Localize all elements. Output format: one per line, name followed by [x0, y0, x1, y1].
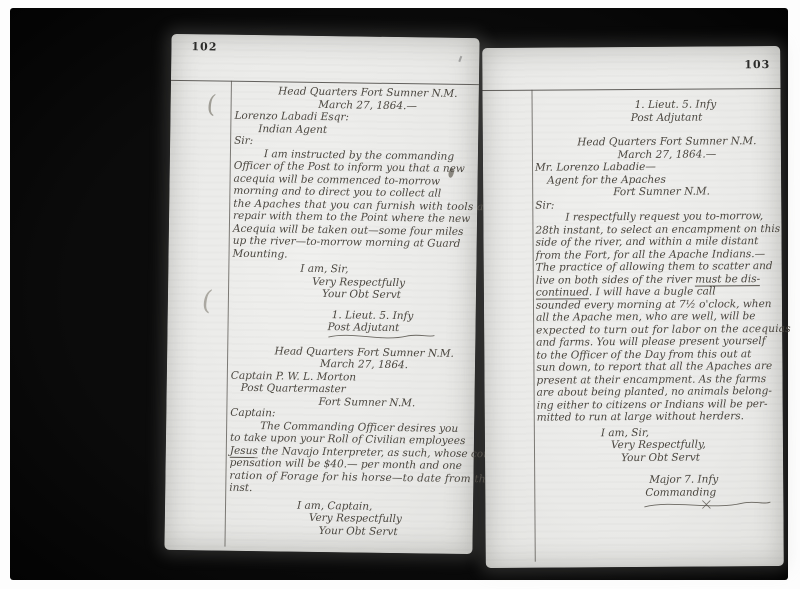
- closing-line: Very Respectfully,: [611, 438, 773, 452]
- closing-block: I am, Sir, Very Respectfully, Your Obt S…: [537, 426, 773, 465]
- underlined-word: Jesus: [230, 444, 258, 457]
- closing-line: Your Obt Servt: [621, 451, 773, 465]
- signature-line: Major 7. Infy: [649, 473, 773, 486]
- letter-heading-line: Head Quarters Fort Sumner N.M.: [535, 135, 771, 149]
- carryover-signature-block: 1. Lieut. 5. Infy Post Adjutant: [535, 98, 771, 125]
- underlined-phrase: must be dis-: [695, 273, 760, 286]
- body-line: mitted to run at large without herders.: [537, 410, 773, 424]
- body-line: and farms. You will please present yours…: [536, 335, 772, 349]
- page-number: 102: [191, 40, 217, 53]
- body-line: live on both sides of the river must be …: [536, 273, 772, 287]
- ledger-page-103: 103 1. Lieut. 5. Infy Post Adjutant Head…: [482, 46, 784, 568]
- body-line: The practice of allowing them to scatter…: [536, 260, 772, 274]
- signature-line: 1. Lieut. 5. Infy: [635, 98, 771, 111]
- stray-mark: (: [201, 286, 213, 317]
- stray-mark: [458, 56, 462, 62]
- body-line: all the Apache men, who are well, will b…: [536, 310, 772, 324]
- signature-block: Major 7. Infy Commanding: [537, 473, 773, 513]
- header-rule: [171, 80, 479, 85]
- signature-flourish: [642, 497, 772, 512]
- closing-block: I am, Captain, Very Respectfully Your Ob…: [229, 498, 468, 539]
- body-line: I respectfully request you to-morrow,: [535, 210, 771, 224]
- closing-line: Your Obt Servt: [322, 288, 470, 303]
- body-line: are about being planted, no animals belo…: [537, 385, 773, 399]
- body-line: side of the river, and within a mile dis…: [536, 235, 772, 249]
- microfilm-scan: 102 ( ( Head Quarters Fort Sumner N.M. M…: [0, 0, 800, 589]
- header-rule: [482, 88, 780, 91]
- page-103-text: 1. Lieut. 5. Infy Post Adjutant Head Qua…: [535, 98, 774, 513]
- closing-line: I am, Sir,: [601, 426, 773, 440]
- signature-line: Post Adjutant: [631, 111, 771, 124]
- closing-line: Your Obt Servt: [319, 524, 467, 539]
- body-line: sun down, to report that all the Apaches…: [536, 360, 772, 374]
- page-102-text: Head Quarters Fort Sumner N.M. March 27,…: [229, 85, 473, 539]
- stray-mark: (: [205, 90, 217, 119]
- underlined-phrase: continued: [536, 286, 589, 299]
- ledger-page-102: 102 ( ( Head Quarters Fort Sumner N.M. M…: [164, 34, 479, 554]
- page-number: 103: [744, 58, 770, 71]
- signature-block: 1. Lieut. 5. Infy Post Adjutant: [231, 307, 469, 341]
- signature-line: Post Adjutant: [327, 321, 469, 335]
- closing-block: I am, Sir, Very Respectfully Your Obt Se…: [232, 262, 471, 303]
